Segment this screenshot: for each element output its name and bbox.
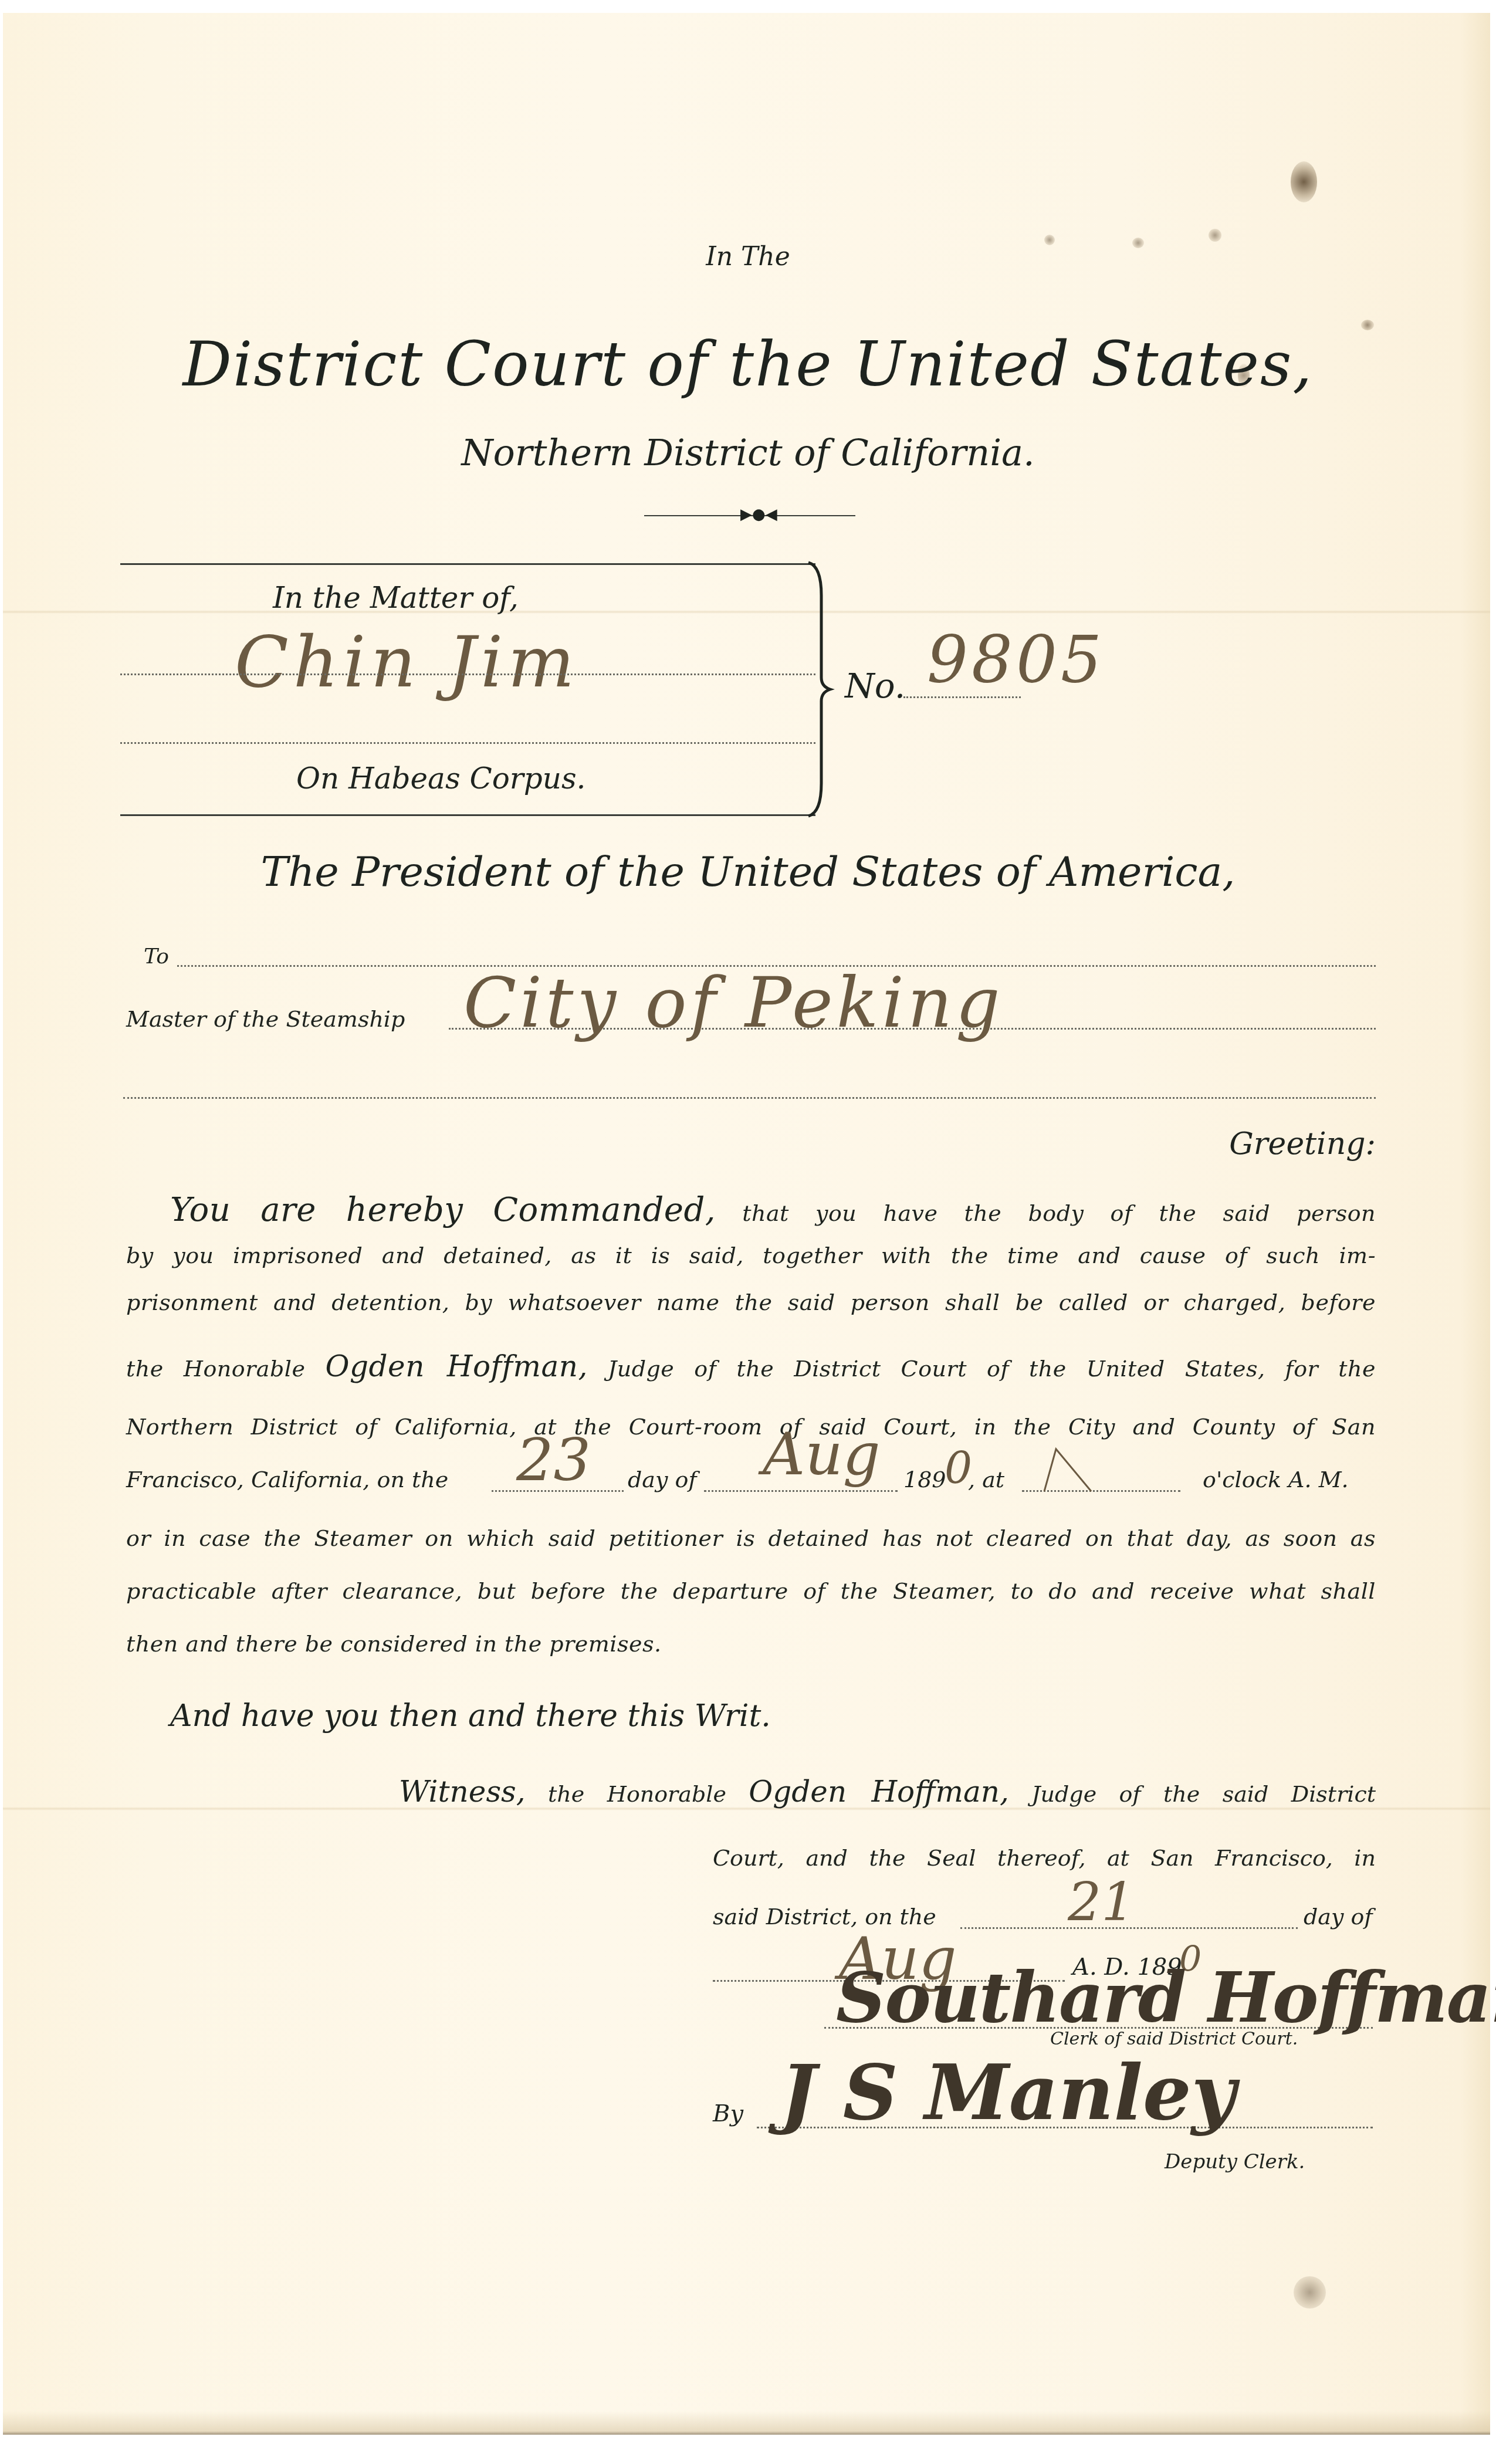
judge-name: Ogden Hoffman, — [326, 1349, 588, 1383]
command-line-6c: 189 — [903, 1467, 946, 1492]
writ-line: And have you then and there this Writ. — [170, 1698, 771, 1734]
petitioner-line — [120, 673, 815, 675]
to-label: To — [144, 945, 169, 969]
witness-line-1: Witness, the Honorable Ogden Hoffman, Ju… — [399, 1775, 1376, 1809]
petitioner-line-2 — [120, 742, 815, 744]
ink-stain — [1294, 2276, 1326, 2309]
clerk-signature: Southard Hoffman — [836, 1957, 1496, 2038]
petitioner-name: Chin Jim — [235, 622, 579, 703]
command-line-6e: o'clock A. M. — [1203, 1467, 1349, 1492]
witness-judge-name: Ogden Hoffman, — [749, 1775, 1009, 1809]
district-subtitle: Northern District of California. — [0, 431, 1496, 474]
deputy-signature: J S Manley — [780, 2047, 1236, 2137]
caption-bottom-rule — [120, 814, 815, 816]
deputy-title: Deputy Clerk. — [1165, 2150, 1305, 2174]
master-label: Master of the Steamship — [126, 1006, 405, 1032]
command-line-1: You are hereby Commanded, that you have … — [170, 1191, 1376, 1229]
hearing-day: 23 — [516, 1426, 591, 1494]
command-line-5: Northern District of California, at the … — [126, 1414, 1376, 1440]
witness-line-2: Court, and the Seal thereof, at San Fran… — [713, 1845, 1376, 1871]
number-label: No. — [845, 666, 905, 706]
witness-line-3b: day of — [1304, 1904, 1372, 1930]
command-line-2: by you imprisoned and detained, as it is… — [126, 1243, 1376, 1268]
ink-speck — [1209, 229, 1221, 242]
fold-crease — [3, 610, 1490, 614]
ornament-icon: ▶●◀ — [740, 506, 777, 523]
command-line-7: or in case the Steamer on which said pet… — [126, 1525, 1376, 1551]
address-line-3 — [123, 1097, 1376, 1099]
pre-title: In The — [0, 242, 1496, 272]
issue-day: 21 — [1068, 1871, 1135, 1933]
command-line-8: practicable after clearance, but before … — [126, 1578, 1376, 1604]
proceeding-label: On Habeas Corpus. — [296, 761, 585, 796]
command-line-6a: Francisco, California, on the — [126, 1467, 448, 1492]
brace-icon — [804, 560, 839, 818]
command-lead: You are hereby Commanded, — [170, 1191, 716, 1229]
command-line-9: then and there be considered in the prem… — [126, 1631, 662, 1657]
hearing-hour-mark — [1033, 1443, 1103, 1496]
command-line-3: prisonment and detention, by whatsoever … — [126, 1289, 1376, 1315]
ink-stain — [1291, 161, 1317, 202]
witness-lead: Witness, — [399, 1775, 526, 1809]
command-line-4: the Honorable Ogden Hoffman, Judge of th… — [126, 1349, 1376, 1383]
clerk-title: Clerk of said District Court. — [1050, 2029, 1298, 2049]
case-number: 9805 — [927, 622, 1105, 697]
caption-top-rule — [120, 563, 815, 565]
matter-label: In the Matter of, — [273, 581, 519, 615]
command-line-6b: day of — [628, 1467, 696, 1492]
by-label: By — [713, 2100, 743, 2127]
greeting: Greeting: — [1220, 1126, 1376, 1162]
command-line-6d: , at — [968, 1467, 1004, 1492]
hearing-month: Aug — [763, 1420, 881, 1488]
steamship-name: City of Peking — [463, 962, 1004, 1043]
president-heading: The President of the United States of Am… — [0, 848, 1496, 896]
hearing-month-line — [704, 1490, 898, 1492]
court-title: District Court of the United States, — [0, 329, 1496, 400]
